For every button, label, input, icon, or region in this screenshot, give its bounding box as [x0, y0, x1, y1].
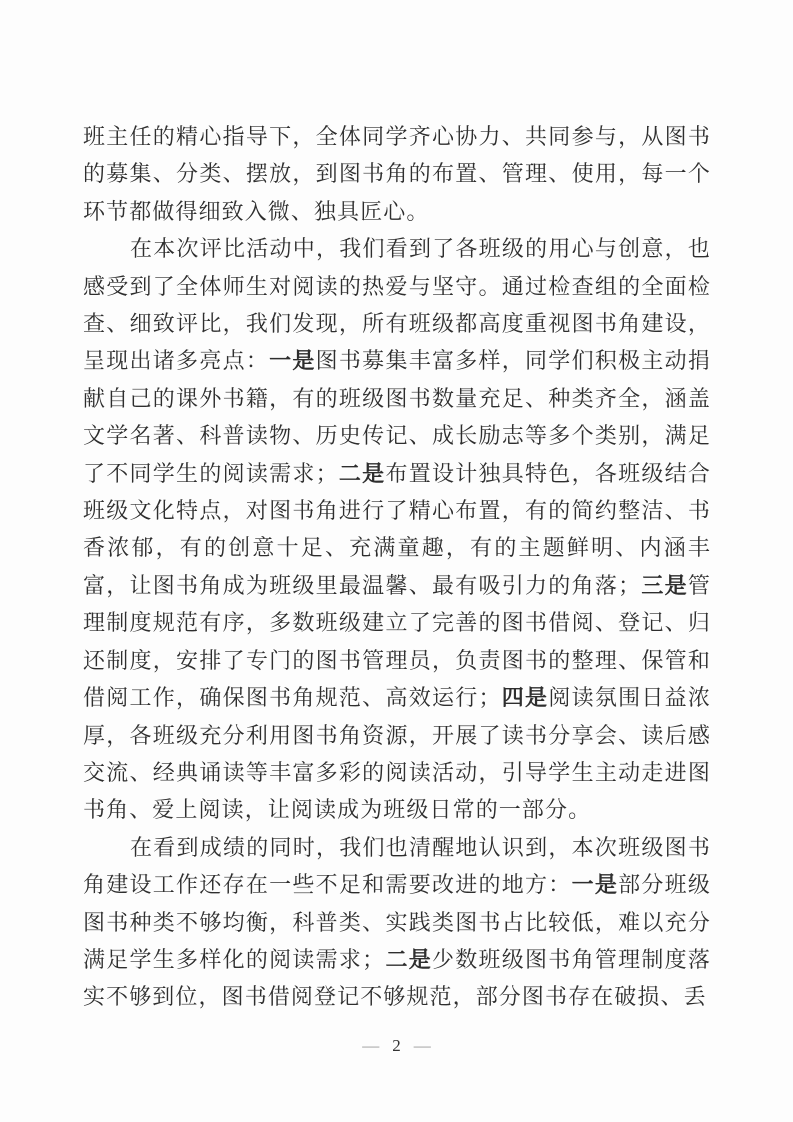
ordinal-emphasis: 四是 [502, 685, 549, 710]
document-page: 班主任的精心指导下，全体同学齐心协力、共同参与，从图书的募集、分类、摆放，到图书… [0, 0, 793, 1122]
ordinal-emphasis: 三是 [641, 573, 688, 598]
footer-dash-left: — [362, 1036, 379, 1055]
ordinal-emphasis: 二是 [385, 947, 432, 972]
paragraph: 在本次评比活动中，我们看到了各班级的用心与创意，也感受到了全体师生对阅读的热爱与… [83, 230, 711, 829]
ordinal-emphasis: 一是 [269, 348, 316, 373]
document-body: 班主任的精心指导下，全体同学齐心协力、共同参与，从图书的募集、分类、摆放，到图书… [83, 118, 711, 1016]
page-number: 2 [392, 1036, 401, 1055]
text-segment: 班主任的精心指导下，全体同学齐心协力、共同参与，从图书的募集、分类、摆放，到图书… [83, 124, 711, 224]
ordinal-emphasis: 二是 [339, 461, 386, 486]
paragraph: 在看到成绩的同时，我们也清醒地认识到，本次班级图书角建设工作还存在一些不足和需要… [83, 829, 711, 1016]
page-footer: —2— [0, 1036, 793, 1056]
ordinal-emphasis: 一是 [572, 872, 619, 897]
paragraph: 班主任的精心指导下，全体同学齐心协力、共同参与，从图书的募集、分类、摆放，到图书… [83, 118, 711, 230]
footer-dash-right: — [414, 1036, 431, 1055]
